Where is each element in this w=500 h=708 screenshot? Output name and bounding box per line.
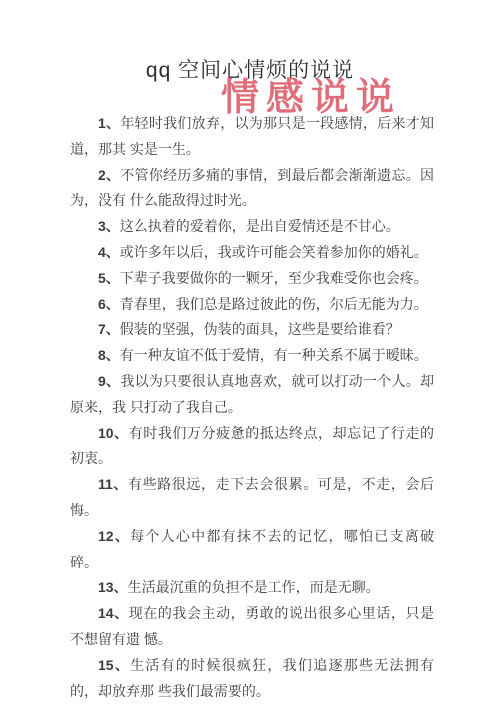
item-text: 年轻时我们放弃，以为那只是一段感情，后来才知道，那其 实是一生。 bbox=[70, 115, 434, 157]
item-text: 青春里，我们总是路过彼此的伤，尔后无能为力。 bbox=[120, 296, 428, 312]
quote-item: 7、假装的坚强，伪装的面具，这些是要给谁看？ bbox=[70, 317, 434, 343]
item-number: 8、 bbox=[98, 347, 120, 363]
quote-item: 14、现在的我会主动，勇敢的说出很多心里话，只是不想留有遗 憾。 bbox=[70, 601, 434, 653]
item-number: 7、 bbox=[98, 321, 120, 337]
item-number: 14、 bbox=[98, 605, 129, 621]
quote-item: 10、有时我们万分疲惫的抵达终点，却忘记了行走的初衷。 bbox=[70, 421, 434, 473]
item-number: 10、 bbox=[98, 425, 129, 441]
item-text: 不管你经历多痛的事情，到最后都会渐渐遗忘。因为，没有 什么能敌得过时光。 bbox=[70, 167, 434, 209]
item-number: 15、 bbox=[98, 657, 130, 673]
quote-item: 15、生活有的时候很疯狂，我们追逐那些无法拥有的，却放弃那 些我们最需要的。 bbox=[70, 653, 434, 705]
quote-item: 6、青春里，我们总是路过彼此的伤，尔后无能为力。 bbox=[70, 292, 434, 318]
quote-item: 11、有些路很远，走下去会很累。可是，不走，会后悔。 bbox=[70, 472, 434, 524]
item-number: 5、 bbox=[98, 270, 120, 286]
quote-item: 13、生活最沉重的负担不是工作，而是无聊。 bbox=[70, 575, 434, 601]
quote-list: 1、年轻时我们放弃，以为那只是一段感情，后来才知道，那其 实是一生。 2、不管你… bbox=[70, 111, 434, 704]
item-number: 11、 bbox=[98, 476, 128, 492]
item-number: 2、 bbox=[98, 167, 120, 183]
item-text: 这么执着的爱着你，是出自爱情还是不甘心。 bbox=[120, 218, 400, 234]
quote-item: 8、有一种友谊不低于爱情，有一种关系不属于暧昧。 bbox=[70, 343, 434, 369]
quote-item: 2、不管你经历多痛的事情，到最后都会渐渐遗忘。因为，没有 什么能敌得过时光。 bbox=[70, 163, 434, 215]
page-title: qq 空间心情烦的说说 bbox=[0, 0, 500, 85]
item-text: 或许多年以后，我或许可能会笑着参加你的婚礼。 bbox=[120, 244, 428, 260]
item-text: 有一种友谊不低于爱情，有一种关系不属于暧昧。 bbox=[120, 347, 428, 363]
item-number: 12、 bbox=[98, 528, 130, 544]
item-text: 我以为只要很认真地喜欢，就可以打动一个人。却原来，我 只打动了我自己。 bbox=[70, 373, 434, 415]
quote-item: 1、年轻时我们放弃，以为那只是一段感情，后来才知道，那其 实是一生。 bbox=[70, 111, 434, 163]
item-text: 生活最沉重的负担不是工作，而是无聊。 bbox=[128, 579, 380, 595]
item-text: 下辈子我要做你的一颗牙，至少我难受你也会疼。 bbox=[120, 270, 428, 286]
quote-item: 3、这么执着的爱着你，是出自爱情还是不甘心。 bbox=[70, 214, 434, 240]
document-page: qq 空间心情烦的说说 情感说说 1、年轻时我们放弃，以为那只是一段感情，后来才… bbox=[0, 0, 500, 708]
item-number: 4、 bbox=[98, 244, 120, 260]
quote-item: 4、或许多年以后，我或许可能会笑着参加你的婚礼。 bbox=[70, 240, 434, 266]
item-text: 假装的坚强，伪装的面具，这些是要给谁看？ bbox=[120, 321, 400, 337]
quote-item: 5、下辈子我要做你的一颗牙，至少我难受你也会疼。 bbox=[70, 266, 434, 292]
item-number: 6、 bbox=[98, 296, 120, 312]
item-number: 9、 bbox=[98, 373, 120, 389]
item-number: 3、 bbox=[98, 218, 120, 234]
item-number: 1、 bbox=[98, 115, 120, 131]
quote-item: 12、每个人心中都有抹不去的记忆，哪怕已支离破碎。 bbox=[70, 524, 434, 576]
item-number: 13、 bbox=[98, 579, 128, 595]
quote-item: 9、我以为只要很认真地喜欢，就可以打动一个人。却原来，我 只打动了我自己。 bbox=[70, 369, 434, 421]
